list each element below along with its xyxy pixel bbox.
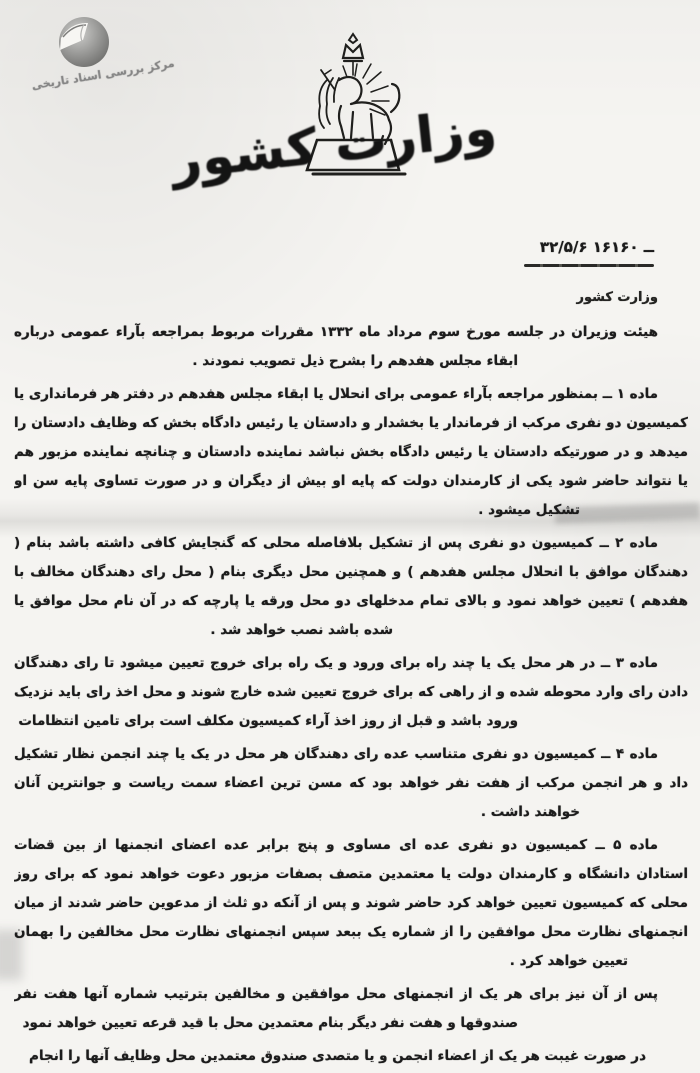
text-line: پس از آن نیز برای هر یک از انجمنهای محل …	[14, 980, 688, 1009]
text-line: دهندگان موافق با انحلال مجلس هفدهم ) و ه…	[14, 558, 688, 587]
text-line: استادان دانشگاه و کارمندان دولت یا معتمد…	[14, 860, 688, 889]
archive-stamp: مرکز بررسی اسناد تاریخی	[28, 12, 178, 97]
text-line: تعیین خواهد کرد .	[14, 947, 688, 976]
ministry-calligraphy: وزارت کشور	[233, 83, 502, 205]
text-line: داد و هر انجمن مرکب از هفت نفر خواهد بود…	[14, 769, 688, 798]
reference-underline	[524, 264, 654, 267]
text-line: ماده ۳ ــ در هر محل یک یا چند راه برای و…	[14, 649, 688, 678]
paragraph: در صورت غیبت هر یک از اعضاء انجمن و یا م…	[14, 1042, 688, 1071]
paragraph: ماده ۵ ــ کمیسیون دو نفری عده ای مساوی و…	[14, 831, 688, 976]
paragraph: ماده ۴ ــ کمیسیون دو نفری متناسب عده رای…	[14, 740, 688, 827]
text-line: ابقاء مجلس هفدهم را بشرح ذیل تصویب نمودن…	[14, 347, 688, 376]
text-line: انجمنهای نظارت محل موافقین را از شماره ی…	[14, 918, 688, 947]
text-line: تشکیل میشود .	[14, 496, 688, 525]
text-line: یا نتواند حاضر شود یکی از کارمندان دولت …	[14, 467, 688, 496]
text-line: دادن رای وارد محوطه شده و از راهی که برا…	[14, 678, 688, 707]
text-line: ماده ۱ ــ بمنظور مراجعه بآراء عمومی برای…	[14, 380, 688, 409]
paragraph: هیئت وزیران در جلسه مورخ سوم مرداد ماه ۱…	[14, 318, 688, 376]
text-line: در صورت غیبت هر یک از اعضاء انجمن و یا م…	[14, 1042, 688, 1071]
text-line: خواهند داشت .	[14, 798, 688, 827]
document-body: هیئت وزیران در جلسه مورخ سوم مرداد ماه ۱…	[14, 318, 688, 1073]
text-line: هفدهم ) تعیین خواهد نمود و بالای تمام مد…	[14, 587, 688, 616]
text-line: محلی که کمیسیون تعیین خواهد کرد حاضر شون…	[14, 889, 688, 918]
text-line: ماده ۴ ــ کمیسیون دو نفری متناسب عده رای…	[14, 740, 688, 769]
text-line: هیئت وزیران در جلسه مورخ سوم مرداد ماه ۱…	[14, 318, 688, 347]
text-line: صندوقها و هفت نفر دیگر بنام معتمدین محل …	[14, 1009, 688, 1038]
paragraph: ماده ۱ ــ بمنظور مراجعه بآراء عمومی برای…	[14, 380, 688, 525]
reference-number: ۳۲/۵/۶ ــ ۱۶۱۶۰	[540, 238, 654, 256]
addressee-label: وزارت کشور	[576, 290, 658, 305]
scanned-document-page: { "page": { "paper_color": "#f5f4f1", "i…	[0, 0, 700, 1073]
text-line: ماده ۵ ــ کمیسیون دو نفری عده ای مساوی و…	[14, 831, 688, 860]
text-line: شده باشد نصب خواهد شد .	[14, 616, 688, 645]
text-line: ماده ۲ ــ کمیسیون دو نفری پس از تشکیل بل…	[14, 529, 688, 558]
paragraph: پس از آن نیز برای هر یک از انجمنهای محل …	[14, 980, 688, 1038]
text-line: میدهد و در صورتیکه دادستان یا رئیس دادگا…	[14, 438, 688, 467]
text-line: کمیسیون دو نفری مرکب از فرماندار یا بخشد…	[14, 409, 688, 438]
paragraph: ماده ۳ ــ در هر محل یک یا چند راه برای و…	[14, 649, 688, 736]
text-line: ورود باشد و قبل از روز اخذ آراء کمیسیون …	[14, 707, 688, 736]
paragraph: ماده ۲ ــ کمیسیون دو نفری پس از تشکیل بل…	[14, 529, 688, 645]
